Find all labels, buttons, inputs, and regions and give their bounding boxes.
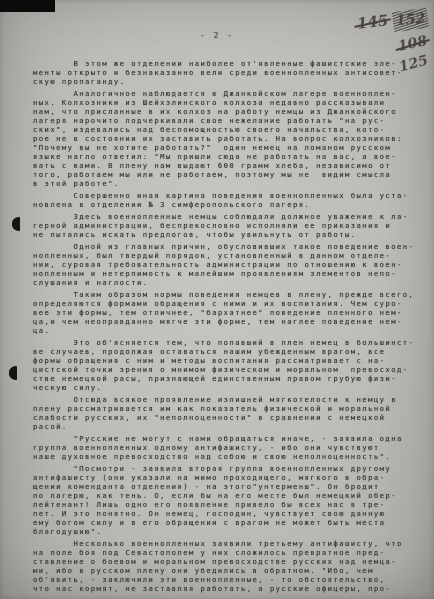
text-line: ми, ибо в русском плену они убедились в … [33,566,411,575]
text-line: определяются формами обращения с ними и … [33,299,411,308]
text-line: наше духовное превосходство над собою и … [33,452,411,461]
text-line: слабости русских, их "неполноценности" в… [33,413,411,422]
text-line: по лагерю, как тень. О, если бы на его м… [33,491,411,500]
text-line: нам, что присланные в их колхоз на работ… [33,107,411,116]
paragraph: Одной из главных причин, обусловивших та… [33,242,411,287]
text-line: нии, суровая требовательность администра… [33,260,411,269]
paragraph: Аналогичное наблюдается в Джанкойском ла… [33,89,411,188]
handwritten-annotation: 145 [356,11,389,33]
text-line: Аналогичное наблюдается в Джанкойском ла… [33,89,411,98]
ink-blot-mark [12,217,20,231]
ink-blot-mark [9,366,17,380]
text-line: ческую силу. [33,383,411,392]
text-line: ему богом силу и в его обращении с враго… [33,518,411,527]
text-line: Отсюда всякое проявление излишней мягкот… [33,395,411,404]
text-line: лагеря нарочито подчеркивали свое нежела… [33,116,411,125]
text-line: вать с вами. В плену нам выдают 600 грам… [33,161,411,170]
annotation-number: 145 [356,11,389,33]
text-line: Здесь военнопленные немцы соблюдали долж… [33,212,411,221]
text-line: расой. [33,422,411,431]
paragraph: "Посмотри - заявила вторая группа военно… [33,464,411,536]
paragraph: Это об'ясняется тем, что попавший в плен… [33,338,411,392]
text-line: Это об'ясняется тем, что попавший в плен… [33,338,411,347]
text-block: В этом же отделении наиболее от'явленные… [33,59,411,596]
paragraph: В этом же отделении наиболее от'явленные… [33,59,411,86]
text-line: благодушию". [33,527,411,536]
text-line: ных. Колхозники из Шейхэлинского колхоза… [33,98,411,107]
text-line: лейтенант! Лишь одно его появление приве… [33,500,411,509]
text-line: цистской точки зрения о мнимом физическо… [33,365,411,374]
paragraph: Отсюда всякое проявление излишней мягкот… [33,395,411,431]
text-line: ставление о боевом и моральном превосход… [33,557,411,566]
text-line: формы обращения с ним и методы воспитани… [33,356,411,365]
text-line: "Русские не могут с нами обращаться инач… [33,434,411,443]
text-line: Совершенно иная картина поведения военно… [33,191,411,200]
text-line: В этом же отделении наиболее от'явленные… [33,59,411,68]
text-line: менты открыто и безнаказанно вели среди … [33,68,411,77]
text-line: нопленных, был твердый порядок, установл… [33,251,411,260]
text-line: рое не в состоянии их заставить работать… [33,134,411,143]
text-line: Таким образом нормы поведения немцев в п… [33,290,411,299]
text-line: Несколько военнопленных заявили третьему… [33,539,411,548]
paragraph: "Русские не могут с нами обращаться инач… [33,434,411,461]
text-line: вее эти формы, тем отличнее, "бархатнее"… [33,308,411,317]
text-line: щении коменданта отделения) - на этого"у… [33,482,411,491]
page-number: - 2 - [0,31,434,40]
text-line: группа военнопленных одному антифашисту,… [33,443,411,452]
text-line: новлена в отделении № 3 симферопольского… [33,200,411,209]
text-line: нопленным и нетерпимость к малейшим проя… [33,269,411,278]
text-line: антифашисту (они указали на мимо проходя… [33,473,411,482]
paragraph: Несколько военнопленных заявили третьему… [33,539,411,593]
text-line: слушания и наглости. [33,278,411,287]
annotation-number: 152 [395,11,426,29]
text-line: "Посмотри - заявила вторая группа военно… [33,464,411,473]
text-line: того, работаем мы или не работаем, поэто… [33,170,411,179]
text-line: не пытались искать предлогов, чтобы увил… [33,230,411,239]
text-line: ца. [33,326,411,335]
text-line: стве немецкой расы, признающей единствен… [33,374,411,383]
text-line: в этой работе". [33,179,411,188]
text-line: на поле боя под Севастополем у них сложи… [33,548,411,557]
text-line: ца,и чем неоправданно мягче эти форме, т… [33,317,411,326]
text-line: плену рассматривается им как показатель … [33,404,411,413]
paragraph: Здесь военнопленные немцы соблюдали долж… [33,212,411,239]
scanned-document-page: - 2 - 145 152 108 125 В этом же отделени… [0,0,434,599]
paragraph: Таким образом нормы поведения немцев в п… [33,290,411,335]
text-line: Одной из главных причин, обусловивших та… [33,242,411,251]
handwritten-annotation-crossed-out: 152 [395,11,426,29]
text-line: языке нагло ответил: "Мы пришли сюда не … [33,152,411,161]
text-line: ве случаев, продолжая оставаться нашим у… [33,347,411,356]
paragraph: Совершенно иная картина поведения военно… [33,191,411,209]
text-line: герной администрации, беспрекословно исп… [33,221,411,230]
text-line: что нас кормят, не заставляя работать, а… [33,584,411,593]
text-line: "Почему вы не хотите работать?" один нем… [33,143,411,152]
text-line: пет. И это понятно. Он немец, господин, … [33,509,411,518]
text-line: об'явить, - заключили эти военнопленные,… [33,575,411,584]
text-line: ских", издевались над беспомощностью сво… [33,125,411,134]
scan-artifact-corner [0,0,55,12]
text-line: скую пропаганду. [33,77,411,86]
